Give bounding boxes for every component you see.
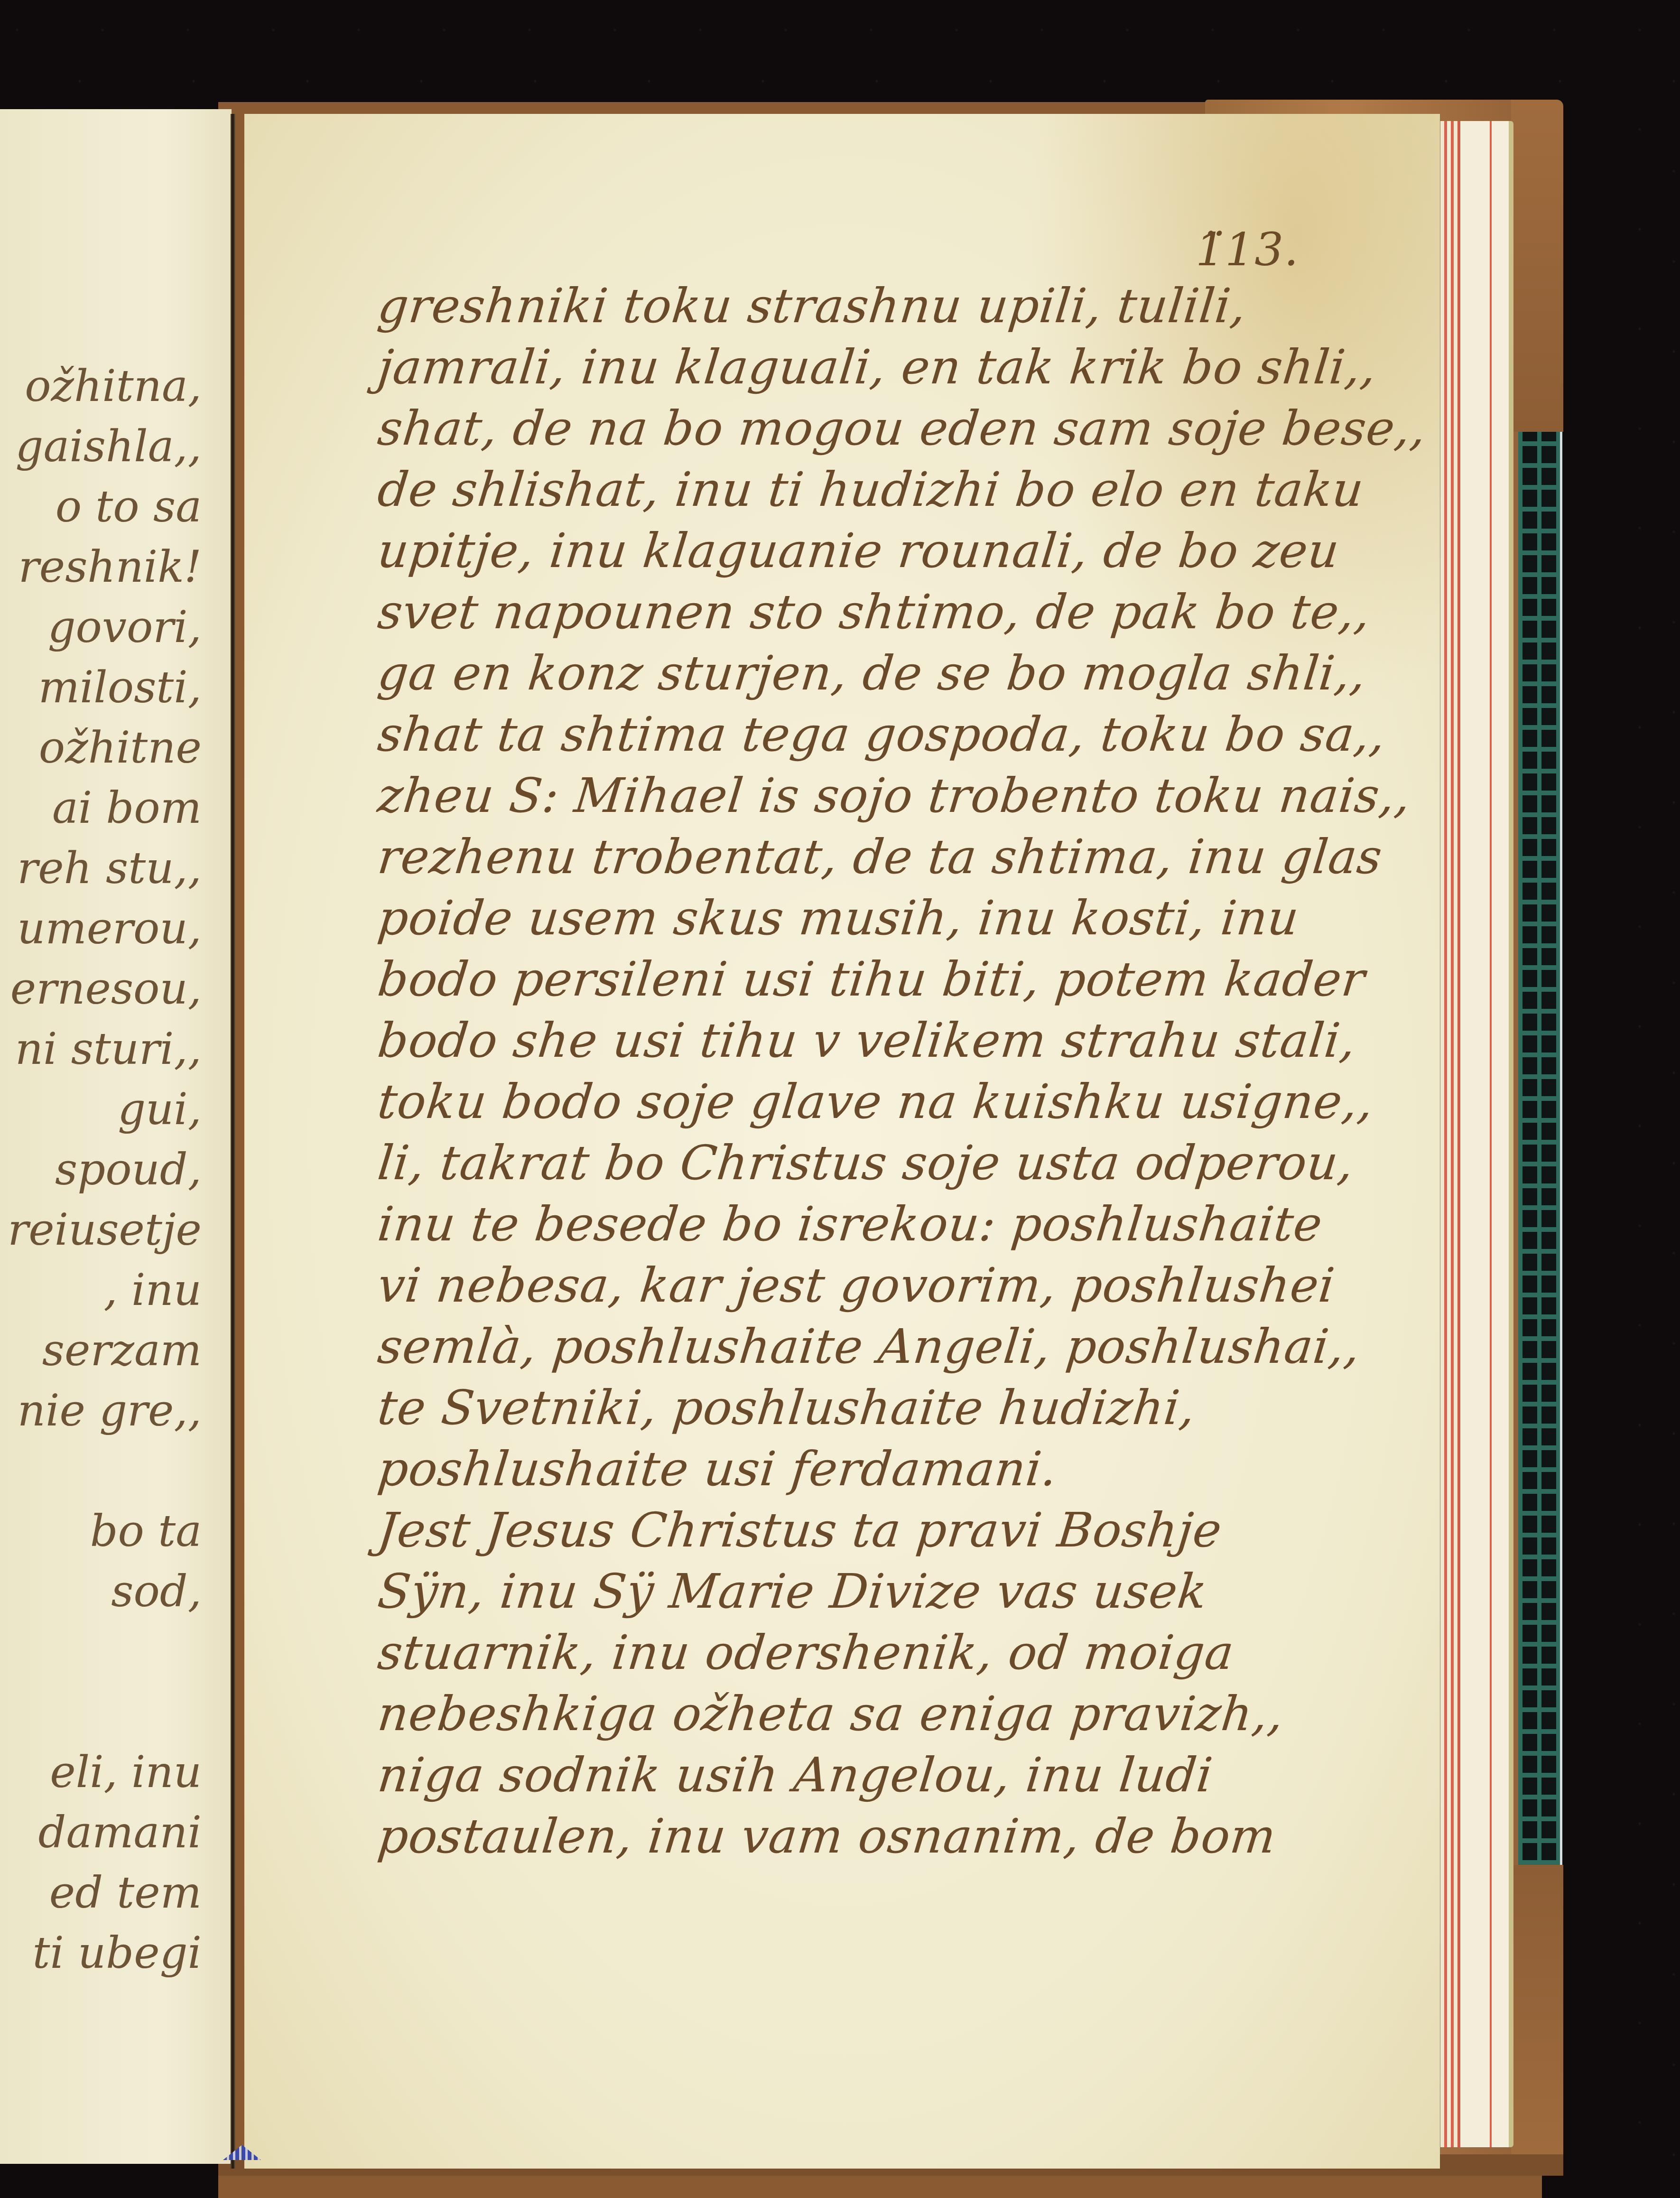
left-page: ožhitna,gaishla,,o to sareshnik!govori,m… <box>0 109 232 2164</box>
manuscript-line: bodo persileni usi tihu biti, potem kade… <box>375 949 1425 1010</box>
left-page-line: reh stu,, <box>0 838 223 898</box>
page-number: 1̈13. <box>1196 223 1299 276</box>
left-page-line: ožhitne <box>0 717 223 778</box>
left-page-line <box>0 1682 223 1742</box>
manuscript-line: bodo she usi tihu v velikem strahu stali… <box>375 1010 1425 1071</box>
manuscript-line: nebeshkiga ožheta sa eniga pravizh,, <box>375 1683 1425 1744</box>
left-page-line: o to sa <box>0 476 223 537</box>
left-page-line: gui, <box>0 1079 223 1139</box>
left-page-line: umerou, <box>0 898 223 959</box>
red-page-edges <box>1433 121 1513 2147</box>
manuscript-line: toku bodo soje glave na kuishku usigne,, <box>375 1071 1425 1132</box>
manuscript-line: semlà, poshlushaite Angeli, poshlushai,, <box>375 1316 1425 1377</box>
left-page-line: reshnik! <box>0 537 223 597</box>
left-page-line: ai bom <box>0 778 223 838</box>
left-page-line: damani <box>0 1802 223 1863</box>
left-page-line: sod, <box>0 1561 223 1621</box>
manuscript-line: shat ta shtima tega gospoda, toku bo sa,… <box>375 704 1425 765</box>
leather-corner-bottom <box>1511 1865 1563 2173</box>
left-page-line: nie gre,, <box>0 1380 223 1441</box>
manuscript-line: Sÿn, inu Sÿ Marie Divize vas usek <box>375 1561 1425 1622</box>
manuscript-line: postaulen, inu vam osnanim, de bom <box>375 1806 1425 1867</box>
left-page-line: reiusetje <box>0 1200 223 1260</box>
manuscript-line: vi nebesa, kar jest govorim, poshlushei <box>375 1255 1425 1316</box>
left-page-line: spoud, <box>0 1139 223 1200</box>
manuscript-line: Jest Jesus Christus ta pravi Boshje <box>375 1499 1425 1561</box>
left-page-line: ni sturi,, <box>0 1019 223 1079</box>
manuscript-line: de shlishat, inu ti hudizhi bo elo en ta… <box>375 459 1425 520</box>
manuscript-line: inu te besede bo isrekou: poshlushaite <box>375 1193 1425 1255</box>
manuscript-line: niga sodnik usih Angelou, inu ludi <box>375 1744 1425 1806</box>
left-page-line: ti ubegi <box>0 1923 223 1983</box>
manuscript-line: poide usem skus musih, inu kosti, inu <box>375 887 1425 949</box>
left-page-line: , inu <box>0 1260 223 1320</box>
left-page-line: serzam <box>0 1320 223 1380</box>
manuscript-line: ga en konz sturjen, de se bo mogla shli,… <box>375 643 1425 704</box>
left-page-text: ožhitna,gaishla,,o to sareshnik!govori,m… <box>0 356 223 1983</box>
manuscript-line: shat, de na bo mogou eden sam soje bese,… <box>375 398 1425 459</box>
manuscript-line: li, takrat bo Christus soje usta odperou… <box>375 1132 1425 1193</box>
manuscript-line: zheu S: Mihael is sojo trobento toku nai… <box>375 765 1425 826</box>
left-page-line: eli, inu <box>0 1742 223 1802</box>
leather-corner-top <box>1511 100 1563 432</box>
book-gutter <box>231 114 235 2169</box>
manuscript-line: te Svetniki, poshlushaite hudizhi, <box>375 1377 1425 1438</box>
left-page-line <box>0 1441 223 1501</box>
manuscript-text: greshniki toku strashnu upili, tulili,ja… <box>375 275 1419 1867</box>
left-page-line: ed tem <box>0 1863 223 1923</box>
left-page-line: govori, <box>0 597 223 657</box>
manuscript-line: stuarnik, inu odershenik, od moiga <box>375 1622 1425 1683</box>
left-page-line <box>0 1621 223 1682</box>
left-page-line: bo ta <box>0 1501 223 1561</box>
manuscript-line: upitje, inu klaguanie rounali, de bo zeu <box>375 520 1425 581</box>
manuscript-line: rezhenu trobentat, de ta shtima, inu gla… <box>375 826 1425 887</box>
manuscript-line: poshlushaite usi ferdamani. <box>375 1438 1425 1499</box>
left-page-line: milosti, <box>0 657 223 717</box>
manuscript-line: svet napounen sto shtimo, de pak bo te,, <box>375 581 1425 643</box>
manuscript-line: greshniki toku strashnu upili, tulili, <box>375 275 1425 336</box>
left-page-line: ožhitna, <box>0 356 223 416</box>
manuscript-line: jamrali, inu klaguali, en tak krik bo sh… <box>375 336 1425 398</box>
left-page-line: gaishla,, <box>0 416 223 476</box>
marbled-endpaper <box>1518 418 1562 1865</box>
left-page-line: ernesou, <box>0 959 223 1019</box>
